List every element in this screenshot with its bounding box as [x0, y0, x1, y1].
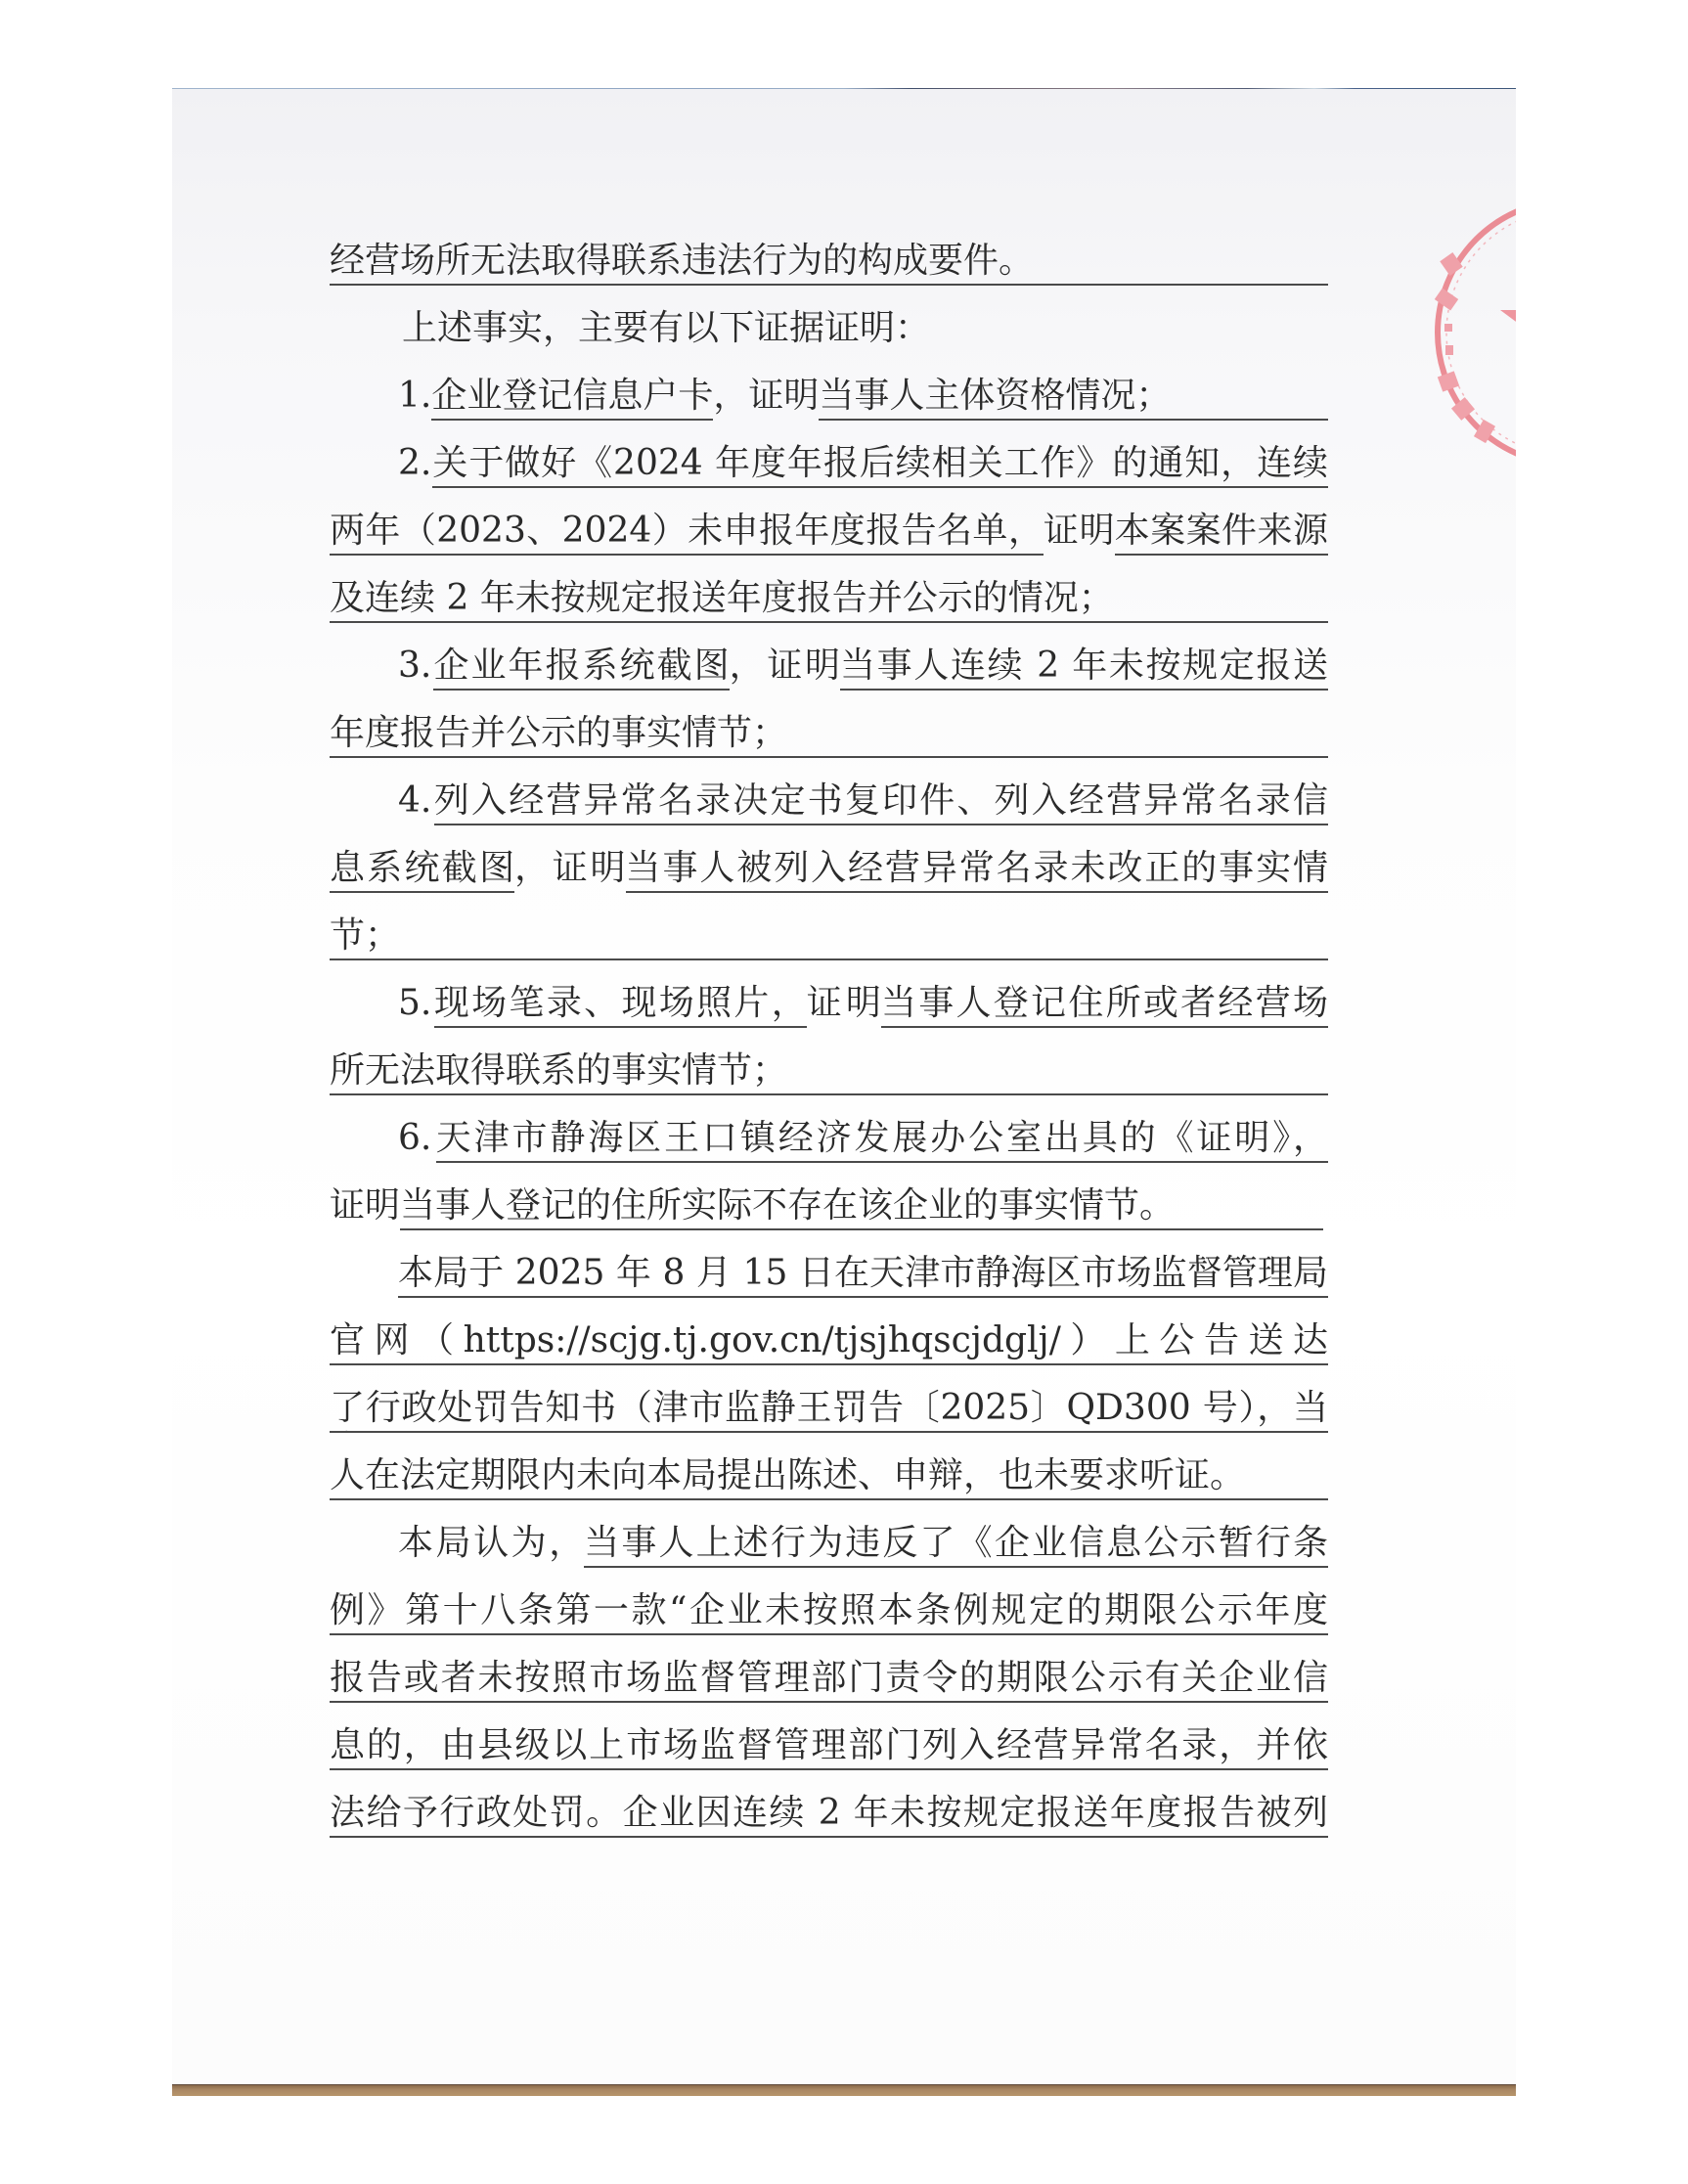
evidence-item-1: 1. 企业登记信息户卡 ，证明 当事人主体资格情况；	[398, 376, 1328, 421]
underline-fill	[787, 713, 1328, 758]
underline-fill	[1175, 1185, 1323, 1230]
evidence-item-2: 2. 关于做好《2024 年度年报后续相关工作》的通知，连续	[398, 443, 1328, 488]
evidence-name: 两年（2023、2024）未申报年度报告名单，	[330, 511, 1044, 556]
evidence-name: 现场笔录、现场照片，	[434, 983, 807, 1028]
paragraph-intro: 上述事实，主要有以下证据证明：	[402, 308, 1328, 353]
underline-fill	[1114, 578, 1328, 623]
text-line: 官网（https://scjg.tj.gov.cn/tjsjhqscjdglj/…	[330, 1320, 1328, 1365]
document-page: 经营场所无法取得联系违法行为的构成要件。 上述事实，主要有以下证据证明： 1. …	[172, 89, 1516, 2085]
finding-paragraph: 本局认为， 当事人上述行为违反了《企业信息公示暂行条	[398, 1523, 1328, 1568]
item-number: 1.	[398, 376, 431, 421]
evidence-purpose: 当事人主体资格情况；	[819, 376, 1171, 421]
evidence-item-6: 6. 天津市静海区王口镇经济发展办公室出具的《证明》，	[398, 1118, 1328, 1163]
text-line: 及连续 2 年未按规定报送年度报告并公示的情况；	[330, 578, 1328, 623]
evidence-purpose: 节；	[330, 915, 400, 960]
evidence-purpose: 当事人连续 2 年未按规定报送	[840, 646, 1328, 691]
text-line: 报告或者未按照市场监督管理部门责令的期限公示有关企业信	[330, 1658, 1328, 1703]
text-line: 法给予行政处罚。企业因连续 2 年未按规定报送年度报告被列	[330, 1793, 1328, 1838]
text-line: 年度报告并公示的事实情节；	[330, 713, 1328, 758]
evidence-purpose: 当事人被列入经营异常名录未改正的事实情	[626, 848, 1328, 893]
regulation-quote: 例》第十八条第一款“企业未按照本条例规定的期限公示年度	[330, 1590, 1328, 1635]
paper-bottom-edge	[172, 2084, 1516, 2096]
connector-text: 证明	[1044, 511, 1115, 556]
text-line: 了行政处罚告知书（津市监静王罚告〔2025〕QD300 号），当事	[330, 1388, 1328, 1433]
evidence-name: 列入经营异常名录决定书复印件、列入经营异常名录信	[434, 780, 1328, 825]
underline-fill	[787, 1050, 1328, 1095]
item-number: 5.	[398, 983, 434, 1028]
text-line: 证明 当事人登记的住所实际不存在该企业的事实情节。	[330, 1185, 1323, 1230]
service-paragraph: 本局于 2025 年 8 月 15 日在天津市静海区市场监督管理局	[398, 1253, 1328, 1298]
item-number: 6.	[398, 1118, 436, 1163]
underlined-text: 经营场所无法取得联系违法行为的构成要件。	[330, 241, 1034, 286]
evidence-name: 息系统截图	[330, 848, 514, 893]
text-line: 两年（2023、2024）未申报年度报告名单， 证明 本案案件来源	[330, 511, 1328, 556]
evidence-purpose: 本案案件来源	[1115, 511, 1328, 556]
evidence-item-5: 5. 现场笔录、现场照片， 证明 当事人登记住所或者经营场	[398, 983, 1328, 1028]
paragraph-text: 人在法定期限内未向本局提出陈述、申辩，也未要求听证。	[330, 1455, 1245, 1500]
connector-text: 证明	[807, 983, 881, 1028]
text-line: 节；	[330, 915, 1328, 960]
evidence-purpose: 所无法取得联系的事实情节；	[330, 1050, 787, 1095]
text-line: 人在法定期限内未向本局提出陈述、申辩，也未要求听证。	[330, 1455, 1328, 1500]
website-url-text: 官网（https://scjg.tj.gov.cn/tjsjhqscjdglj/…	[330, 1320, 1328, 1365]
evidence-name: 关于做好《2024 年度年报后续相关工作》的通知，连续	[432, 443, 1328, 488]
evidence-purpose: 当事人登记住所或者经营场	[881, 983, 1328, 1028]
regulation-quote: 息的，由县级以上市场监督管理部门列入经营异常名录，并依	[330, 1725, 1328, 1770]
text-line: 息的，由县级以上市场监督管理部门列入经营异常名录，并依	[330, 1725, 1328, 1770]
evidence-item-3: 3. 企业年报系统截图 ，证明 当事人连续 2 年未按规定报送	[398, 646, 1328, 691]
evidence-item-4: 4. 列入经营异常名录决定书复印件、列入经营异常名录信	[398, 780, 1328, 825]
paragraph-text: 上述事实，主要有以下证据证明：	[402, 308, 930, 353]
paragraph-text: 本局于 2025 年 8 月 15 日在天津市静海区市场监督管理局	[398, 1253, 1328, 1298]
text-line: 例》第十八条第一款“企业未按照本条例规定的期限公示年度	[330, 1590, 1328, 1635]
connector-text: ，证明	[730, 646, 840, 691]
evidence-purpose: 年度报告并公示的事实情节；	[330, 713, 787, 758]
text-line: 息系统截图 ，证明 当事人被列入经营异常名录未改正的事实情	[330, 848, 1328, 893]
paragraph-lead: 本局认为，	[398, 1523, 584, 1568]
underline-fill	[400, 915, 1328, 960]
connector-text: ，证明	[713, 376, 819, 421]
item-number: 3.	[398, 646, 433, 691]
evidence-name: 天津市静海区王口镇经济发展办公室出具的《证明》，	[436, 1118, 1328, 1163]
connector-text: 证明	[330, 1185, 400, 1230]
evidence-name: 企业年报系统截图	[433, 646, 729, 691]
regulation-quote: 报告或者未按照市场监督管理部门责令的期限公示有关企业信	[330, 1658, 1328, 1703]
paragraph-text: 当事人上述行为违反了《企业信息公示暂行条	[584, 1523, 1328, 1568]
regulation-quote: 法给予行政处罚。企业因连续 2 年未按规定报送年度报告被列	[330, 1793, 1328, 1838]
text-line: 所无法取得联系的事实情节；	[330, 1050, 1328, 1095]
notice-number-text: 了行政处罚告知书（津市监静王罚告〔2025〕QD300 号），当事	[330, 1388, 1328, 1433]
text-line: 经营场所无法取得联系违法行为的构成要件。	[330, 241, 1328, 286]
underline-fill	[1171, 376, 1328, 421]
evidence-purpose: 当事人登记的住所实际不存在该企业的事实情节。	[400, 1185, 1175, 1230]
item-number: 4.	[398, 780, 434, 825]
evidence-purpose: 及连续 2 年未按规定报送年度报告并公示的情况；	[330, 578, 1114, 623]
item-number: 2.	[398, 443, 432, 488]
underline-fill	[1034, 241, 1328, 286]
underline-fill	[1245, 1455, 1328, 1500]
connector-text: ，证明	[514, 848, 625, 893]
evidence-name: 企业登记信息户卡	[431, 376, 713, 421]
